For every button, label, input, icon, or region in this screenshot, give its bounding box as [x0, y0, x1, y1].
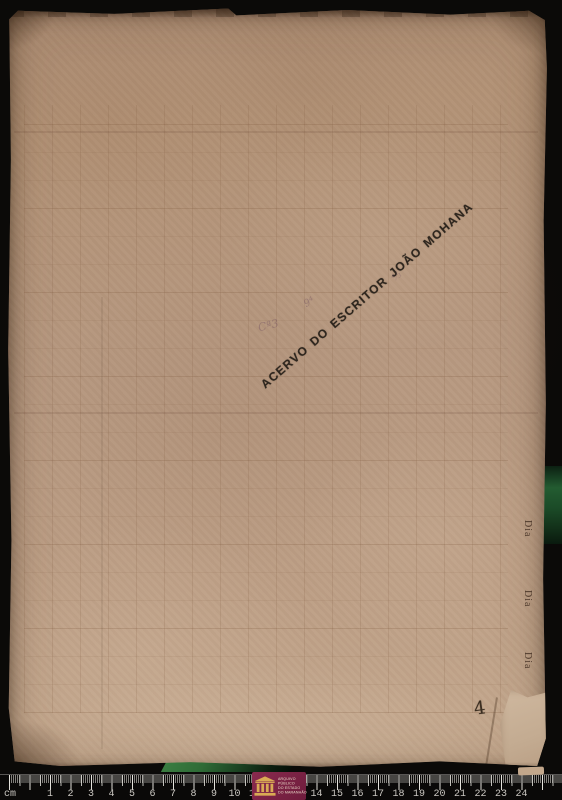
ruler-number: 9	[211, 789, 217, 800]
margin-label: Dia	[522, 520, 533, 537]
ruler-number: 22	[474, 789, 486, 800]
ruler-unit-label: cm	[4, 789, 16, 800]
scan-stage: ACERVO DO ESCRITOR JOÃO MOHANA Cª3 9⁴ ⁴⁄…	[0, 0, 562, 800]
torn-corner-patch	[500, 690, 550, 772]
ruler-number: 8	[190, 789, 196, 800]
ruler-number: 18	[392, 789, 404, 800]
ruler-number: 14	[310, 789, 322, 800]
badge-text: ARQUIVO PÚBLICO DO ESTADO DO MARANHÃO	[278, 777, 307, 795]
margin-label: Dia	[522, 590, 533, 607]
pencil-scribble: Cª3	[257, 317, 280, 335]
ruler-number: 4	[108, 789, 114, 800]
ledger-grid-lines	[24, 105, 508, 713]
ruler-number: 17	[372, 789, 384, 800]
tear-crease	[484, 697, 498, 772]
horizontal-crease	[14, 131, 538, 133]
ruler-number: 23	[495, 789, 507, 800]
green-calibration-tab	[543, 466, 562, 544]
vertical-crease	[101, 297, 103, 749]
ruler-number: 2	[67, 789, 73, 800]
ruler-number: 3	[88, 789, 94, 800]
ruler-number: 6	[149, 789, 155, 800]
ruler-number: 21	[454, 789, 466, 800]
badge-line: DO MARANHÃO	[278, 790, 307, 794]
ruler-number: 7	[170, 789, 176, 800]
margin-label: Dia	[522, 652, 533, 669]
pencil-scribble: 9⁴	[302, 295, 316, 310]
archive-badge: ARQUIVO PÚBLICO DO ESTADO DO MARANHÃO	[252, 772, 306, 800]
ruler-number: 19	[413, 789, 425, 800]
ruler-number: 5	[129, 789, 135, 800]
archive-stamp: ACERVO DO ESCRITOR JOÃO MOHANA	[258, 217, 456, 392]
horizontal-crease	[14, 412, 538, 414]
ruler-number: 16	[351, 789, 363, 800]
ruler-number: 10	[228, 789, 240, 800]
building-icon	[254, 776, 276, 797]
ruler-number: 15	[331, 789, 343, 800]
ruler-number: 1	[47, 789, 53, 800]
ruler-number: 20	[433, 789, 445, 800]
ruler-number: 24	[515, 789, 527, 800]
torn-paper-sliver	[518, 767, 544, 776]
scanned-notebook-cover: ACERVO DO ESCRITOR JOÃO MOHANA Cª3 9⁴ ⁴⁄…	[6, 7, 548, 769]
handwritten-page-number: 4	[473, 697, 487, 719]
